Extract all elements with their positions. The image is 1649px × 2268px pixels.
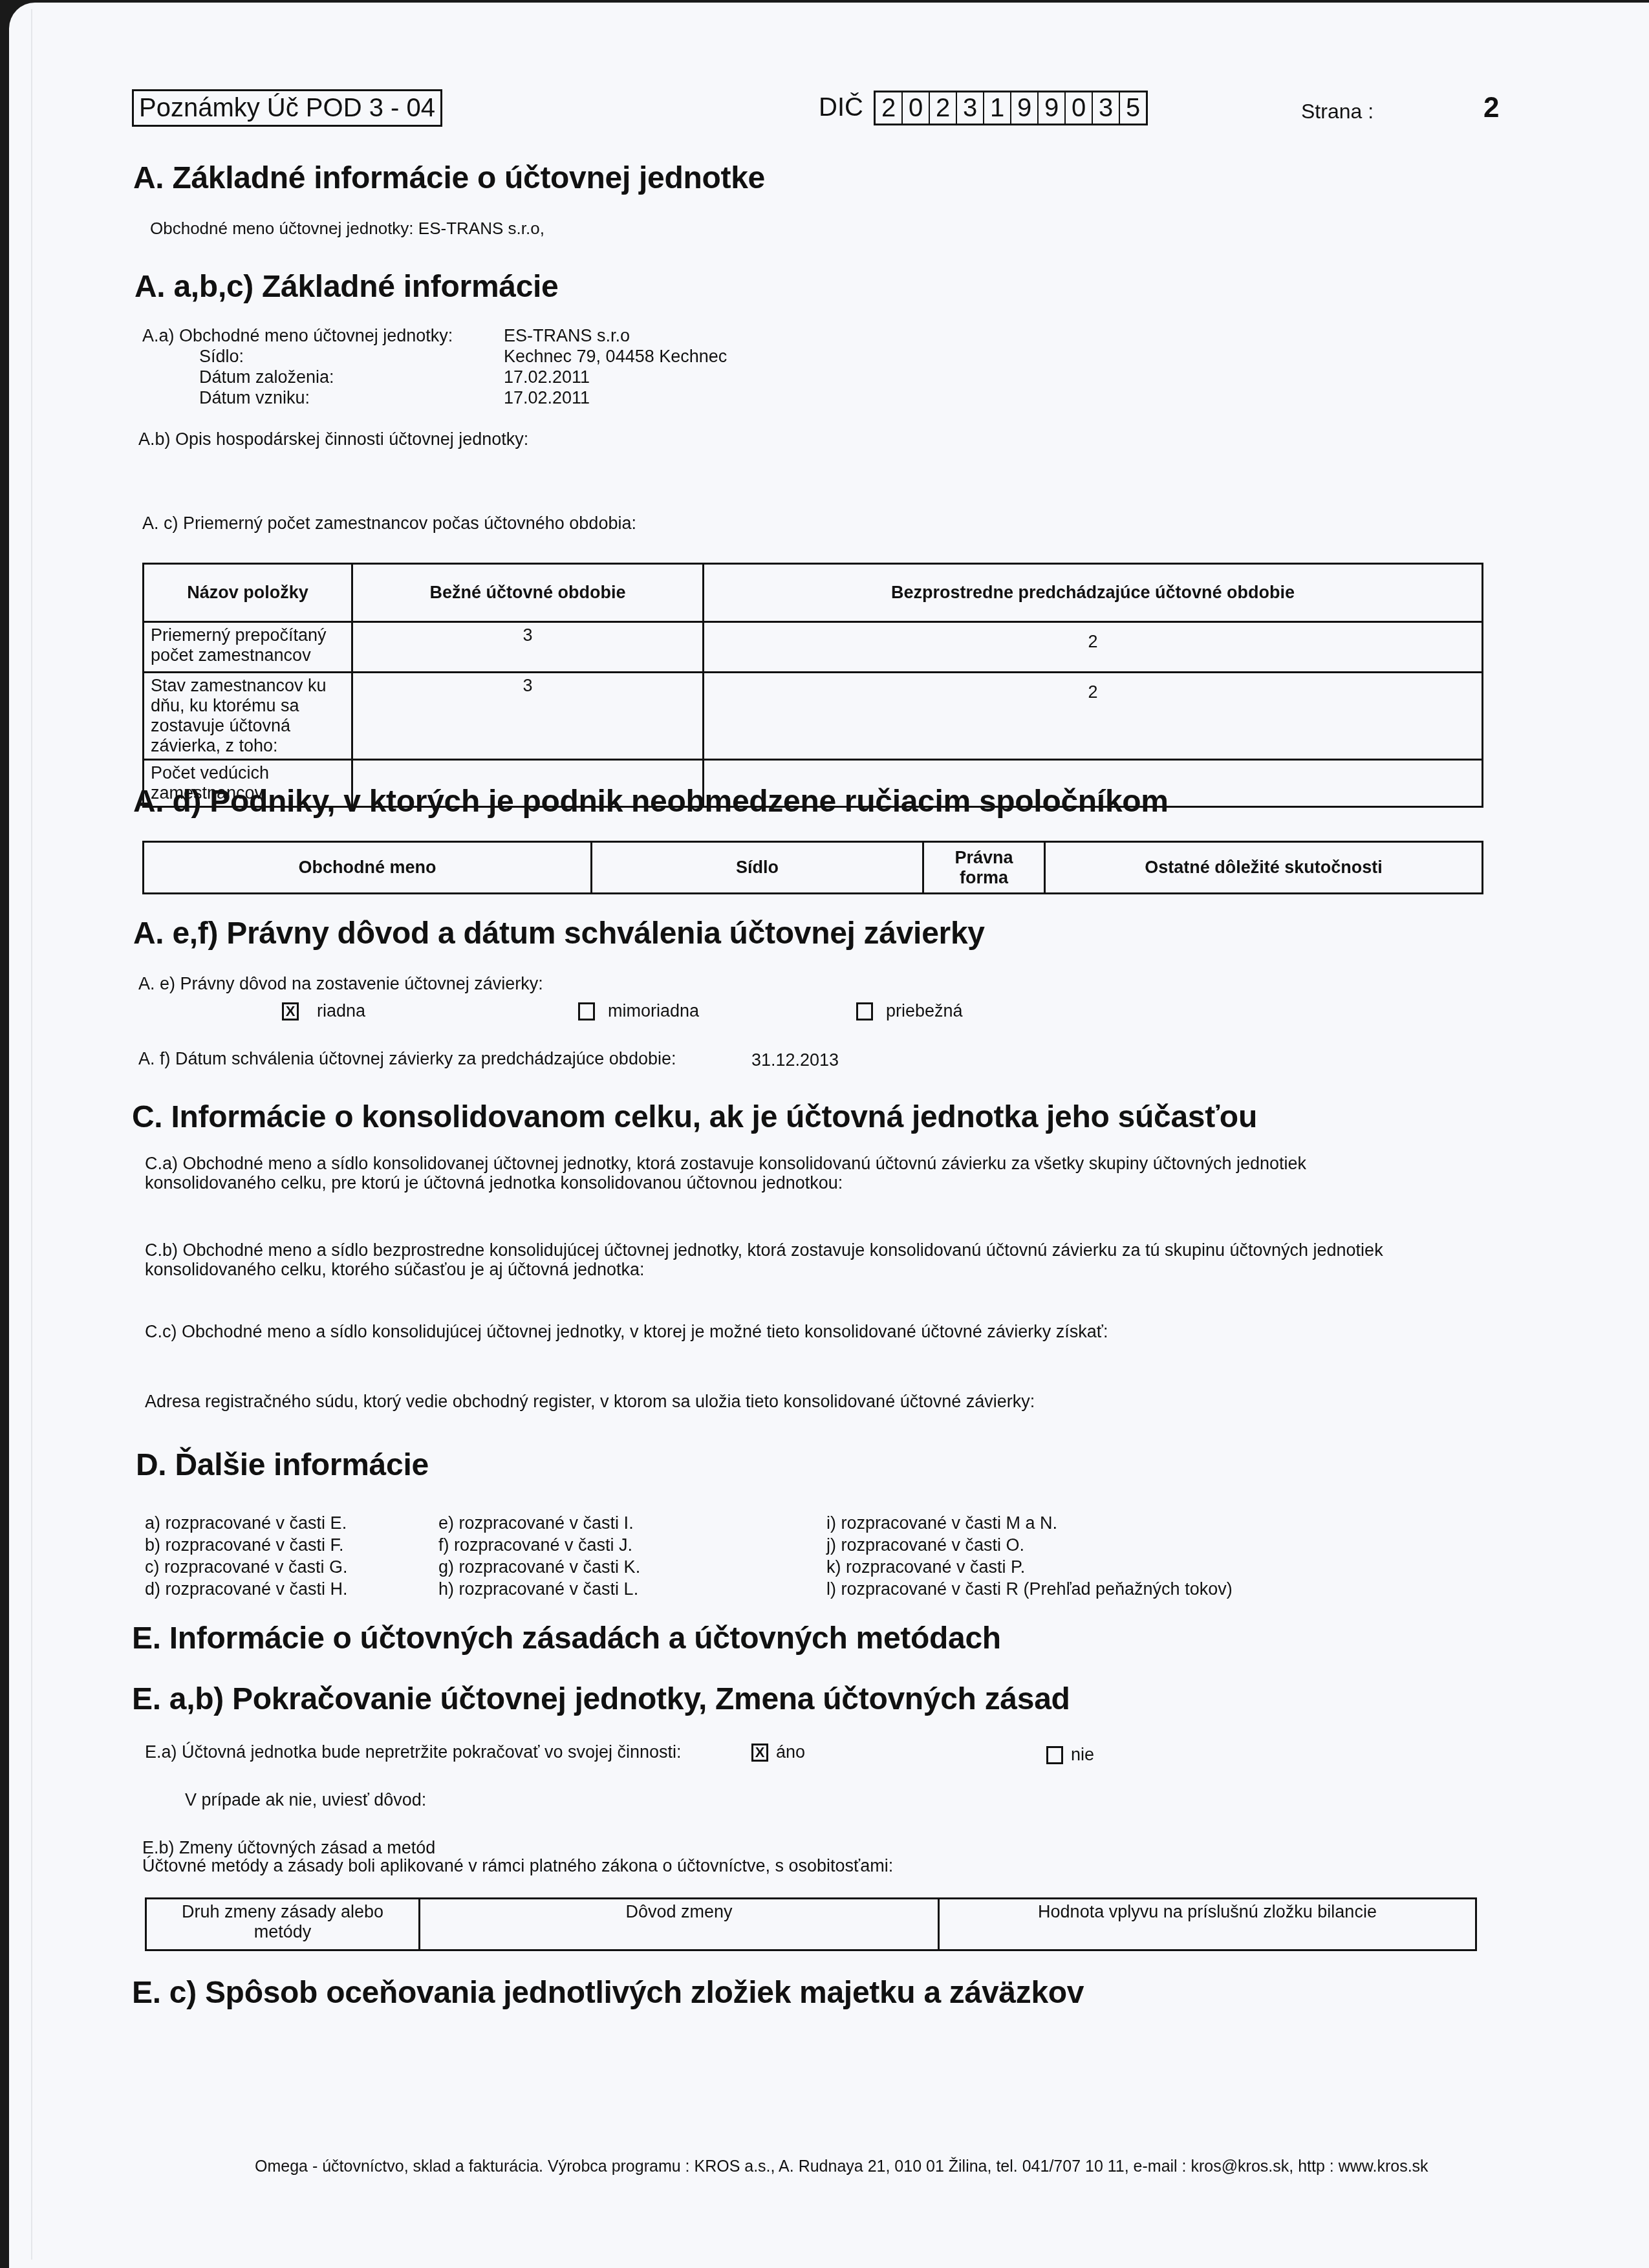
field-value-founded: 17.02.2011 — [504, 367, 590, 387]
checkbox-checked-icon[interactable]: X — [282, 1002, 299, 1021]
section-ad-title: A. d) Podniky, v ktorých je podnik neobm… — [133, 784, 1169, 819]
d-item: j) rozpracované v časti O. — [826, 1534, 1233, 1556]
d-item: k) rozpracované v časti P. — [826, 1556, 1233, 1578]
dic-digit: 5 — [1120, 92, 1146, 124]
ea-reason-label: V prípade ak nie, uviesť dôvod: — [185, 1790, 426, 1810]
dic-digit: 0 — [1066, 92, 1093, 124]
d-col-3: i) rozpracované v časti M a N. j) rozpra… — [826, 1512, 1233, 1600]
cb-line1: C.b) Obchodné meno a sídlo bezprostredne… — [145, 1240, 1383, 1260]
checkbox-empty-icon[interactable] — [1046, 1746, 1063, 1764]
policy-changes-table: Druh zmeny zásady alebo metódy Dôvod zme… — [145, 1897, 1477, 1951]
d-item: g) rozpracované v časti K. — [438, 1556, 640, 1578]
option-riadna[interactable]: X riadna — [282, 1001, 365, 1021]
field-label-seat: Sídlo: — [199, 347, 244, 367]
ab-label: A.b) Opis hospodárskej činnosti účtovnej… — [138, 429, 528, 449]
section-d-title: D. Ďalšie informácie — [136, 1447, 429, 1483]
section-eab-title: E. a,b) Pokračovanie účtovnej jednotky, … — [132, 1681, 1070, 1717]
table-row: Priemerný prepočítaný počet zamestnancov… — [144, 622, 1483, 673]
af-label: A. f) Dátum schválenia účtovnej závierky… — [138, 1049, 676, 1069]
row-name: Priemerný prepočítaný počet zamestnancov — [144, 622, 352, 673]
dic-digit: 0 — [903, 92, 930, 124]
col-header-legal-form: Právna forma — [923, 842, 1045, 894]
section-a-title: A. Základné informácie o účtovnej jednot… — [133, 160, 765, 196]
eb-desc: Účtovné metódy a zásady boli aplikované … — [142, 1856, 893, 1876]
option-label: mimoriadna — [608, 1001, 699, 1021]
field-label-founded: Dátum založenia: — [199, 367, 334, 387]
d-item: e) rozpracované v časti I. — [438, 1512, 640, 1534]
option-label: priebežná — [886, 1001, 963, 1021]
field-value-established: 17.02.2011 — [504, 388, 590, 408]
col-header-previous: Bezprostredne predchádzajúce účtovné obd… — [704, 564, 1483, 622]
partner-companies-table: Obchodné meno Sídlo Právna forma Ostatné… — [142, 841, 1483, 894]
section-c-title: C. Informácie o konsolidovanom celku, ak… — [132, 1099, 1257, 1135]
col-header-item: Názov položky — [144, 564, 352, 622]
d-col-1: a) rozpracované v časti E. b) rozpracova… — [145, 1512, 348, 1600]
dic-digit: 9 — [1039, 92, 1066, 124]
col-header-seat: Sídlo — [592, 842, 923, 894]
page-number: 2 — [1483, 92, 1499, 124]
checkbox-empty-icon[interactable] — [856, 1002, 873, 1021]
option-nie[interactable]: nie — [1046, 1745, 1094, 1765]
field-label-established: Dátum vzniku: — [199, 388, 310, 408]
col-header-other-facts: Ostatné dôležité skutočnosti — [1045, 842, 1483, 894]
registry-line: Adresa registračného súdu, ktorý vedie o… — [145, 1392, 1035, 1412]
section-aef-title: A. e,f) Právny dôvod a dátum schválenia … — [133, 916, 985, 951]
row-current: 3 — [352, 622, 704, 673]
d-item: d) rozpracované v časti H. — [145, 1578, 348, 1600]
document-page: Poznámky Úč POD 3 - 04 DIČ 2 0 2 3 1 9 9… — [9, 3, 1649, 2268]
dic-label: DIČ — [819, 92, 863, 123]
option-label: áno — [776, 1742, 805, 1762]
af-value: 31.12.2013 — [751, 1050, 839, 1070]
row-previous: 2 — [704, 673, 1483, 760]
page-label: Strana : — [1301, 100, 1374, 124]
d-item: b) rozpracované v časti F. — [145, 1534, 348, 1556]
dic-digit: 9 — [1011, 92, 1039, 124]
dic-digit: 2 — [876, 92, 903, 124]
d-item: h) rozpracované v časti L. — [438, 1578, 640, 1600]
cb-line2: konsolidovaného celku, ktorého súčasťou … — [145, 1260, 645, 1280]
row-name: Stav zamestnancov ku dňu, ku ktorému sa … — [144, 673, 352, 760]
d-item: c) rozpracované v časti G. — [145, 1556, 348, 1578]
footer-text: Omega - účtovníctvo, sklad a fakturácia.… — [255, 2157, 1428, 2176]
form-id-box: Poznámky Úč POD 3 - 04 — [132, 89, 442, 127]
d-item: a) rozpracované v časti E. — [145, 1512, 348, 1534]
d-col-2: e) rozpracované v časti I. f) rozpracova… — [438, 1512, 640, 1600]
dic-digit: 2 — [930, 92, 957, 124]
ae-label: A. e) Právny dôvod na zostavenie účtovne… — [138, 974, 543, 994]
option-priebezna[interactable]: priebežná — [856, 1001, 963, 1021]
ca-line2: konsolidovaného celku, pre ktorú je účto… — [145, 1173, 843, 1193]
col-header-change-reason: Dôvod zmeny — [420, 1899, 939, 1950]
cc-line: C.c) Obchodné meno a sídlo konsolidujúce… — [145, 1322, 1108, 1342]
table-row: Stav zamestnancov ku dňu, ku ktorému sa … — [144, 673, 1483, 760]
dic-digit: 1 — [984, 92, 1011, 124]
option-mimoriadna[interactable]: mimoriadna — [578, 1001, 699, 1021]
option-label: nie — [1071, 1745, 1094, 1765]
option-label: riadna — [317, 1001, 365, 1021]
col-header-current: Bežné účtovné obdobie — [352, 564, 704, 622]
d-item: l) rozpracované v časti R (Prehľad peňaž… — [826, 1578, 1233, 1600]
section-e-title: E. Informácie o účtovných zásadách a účt… — [132, 1621, 1001, 1656]
dic-digit: 3 — [957, 92, 984, 124]
row-current: 3 — [352, 673, 704, 760]
field-value-seat: Kechnec 79, 04458 Kechnec — [504, 347, 727, 367]
d-item: i) rozpracované v časti M a N. — [826, 1512, 1233, 1534]
eb-label: E.b) Zmeny účtovných zásad a metód — [142, 1838, 435, 1858]
dic-digit: 3 — [1093, 92, 1120, 124]
section-abc-title: A. a,b,c) Základné informácie — [135, 269, 559, 305]
company-name-line: Obchodné meno účtovnej jednotky: ES-TRAN… — [150, 219, 544, 239]
col-header-change-type: Druh zmeny zásady alebo metódy — [146, 1899, 420, 1950]
ea-label: E.a) Účtovná jednotka bude nepretržite p… — [145, 1742, 682, 1762]
dic-digit-boxes: 2 0 2 3 1 9 9 0 3 5 — [874, 91, 1148, 125]
option-ano[interactable]: X áno — [751, 1742, 805, 1762]
field-value-company: ES-TRANS s.r.o — [504, 326, 630, 346]
ac-label: A. c) Priemerný počet zamestnancov počas… — [142, 513, 636, 534]
ca-line1: C.a) Obchodné meno a sídlo konsolidovane… — [145, 1154, 1306, 1174]
checkbox-empty-icon[interactable] — [578, 1002, 595, 1021]
field-label-company: A.a) Obchodné meno účtovnej jednotky: — [142, 326, 453, 346]
employees-table: Názov položky Bežné účtovné obdobie Bezp… — [142, 563, 1483, 808]
col-header-name: Obchodné meno — [144, 842, 592, 894]
col-header-impact-value: Hodnota vplyvu na príslušnú zložku bilan… — [939, 1899, 1476, 1950]
row-previous: 2 — [704, 622, 1483, 673]
checkbox-checked-icon[interactable]: X — [751, 1744, 768, 1762]
section-ec-title: E. c) Spôsob oceňovania jednotlivých zlo… — [132, 1975, 1084, 2011]
d-item: f) rozpracované v časti J. — [438, 1534, 640, 1556]
